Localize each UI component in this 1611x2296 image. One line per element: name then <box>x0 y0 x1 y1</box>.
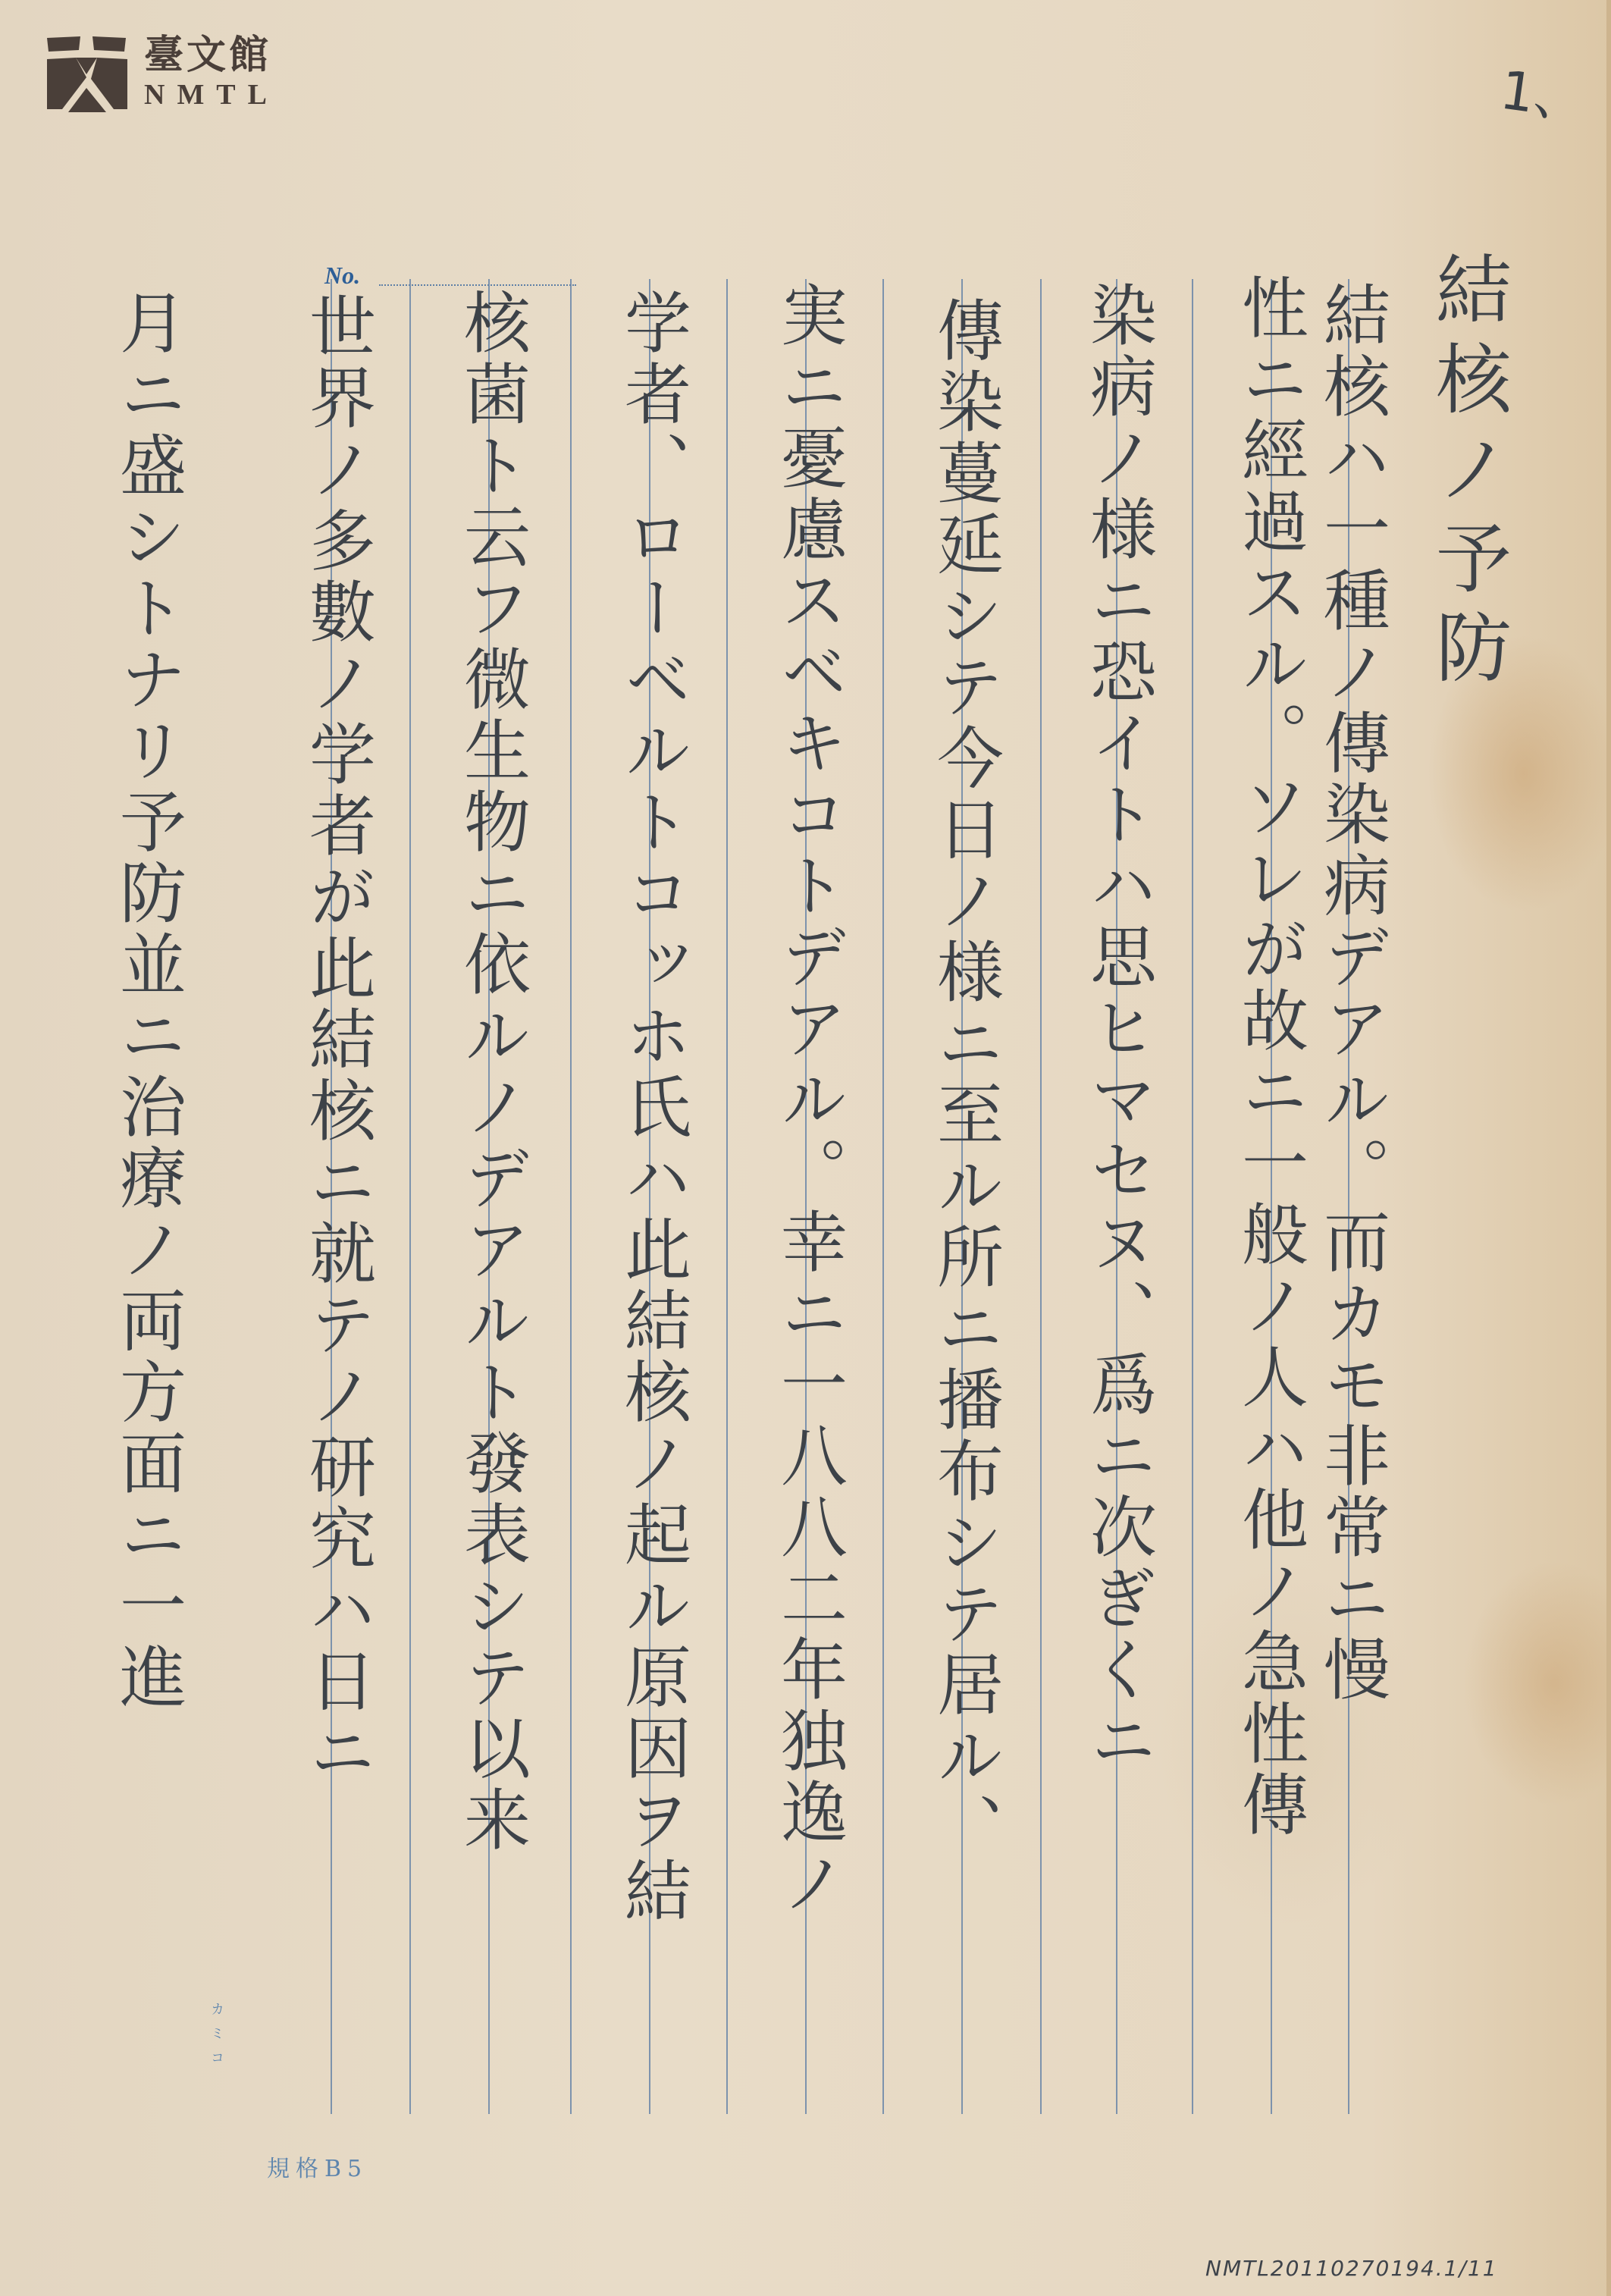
archive-id: NMTL20110270194.1/11 <box>1205 2256 1498 2281</box>
manuscript-title: 結核ノ予防 <box>1425 250 1509 698</box>
manuscript-line-3: 染病ノ様ニ恐イトハ思ヒマセヌ、爲ニ次ぎくニ <box>1077 281 1160 1777</box>
manuscript-line-6: 学者、ローベルトコッホ氏ハ此結核ノ起ル原因ヲ結 <box>611 288 694 1927</box>
manuscript-line-5: 実ニ憂慮スベキコトデアル。幸ニ一八八二年独逸ノ <box>767 281 851 1920</box>
manuscript-line-9: 月ニ盛シトナリ予防並ニ治療ノ両方面ニ一進 <box>106 288 190 1714</box>
nmtl-logo-mark-icon <box>45 30 129 114</box>
manuscript-line-8: 世界ノ多數ノ学者が此結核ニ就テノ研究ハ日ニ <box>296 292 379 1789</box>
manuscript-line-4: 傳染蔓延シテ今日ノ様ニ至ル所ニ播布シテ居ル、 <box>923 296 1007 1864</box>
column-rule <box>882 279 884 2114</box>
manuscript-line-2: 性ニ經過スル。ソレが故ニ一般ノ人ハ他ノ急性傳 <box>1228 273 1312 1841</box>
column-rule <box>409 279 411 2114</box>
page-number-mark: 1、 <box>1497 48 1593 136</box>
column-rule <box>570 279 572 2114</box>
no-dotted-line <box>379 284 576 286</box>
nmtl-logo: 臺文館 NMTL <box>45 30 279 114</box>
column-rule <box>1040 279 1042 2114</box>
paper-edge <box>1606 0 1611 2296</box>
paper-size-label: 規格B5 <box>267 2150 368 2183</box>
column-rule <box>726 279 728 2114</box>
logo-cjk-text: 臺文館 <box>144 33 279 78</box>
logo-en-text: NMTL <box>144 78 279 111</box>
column-rule <box>1192 279 1193 2114</box>
manuscript-line-7: 核菌ト云フ微生物ニ依ルノデアルト發表シテ以来 <box>450 288 534 1856</box>
paper-brand-label: カミコ <box>206 2002 226 2075</box>
manuscript-line-1: 結核ハ一種ノ傳染病デアル。而カモ非常ニ慢 <box>1310 281 1393 1706</box>
